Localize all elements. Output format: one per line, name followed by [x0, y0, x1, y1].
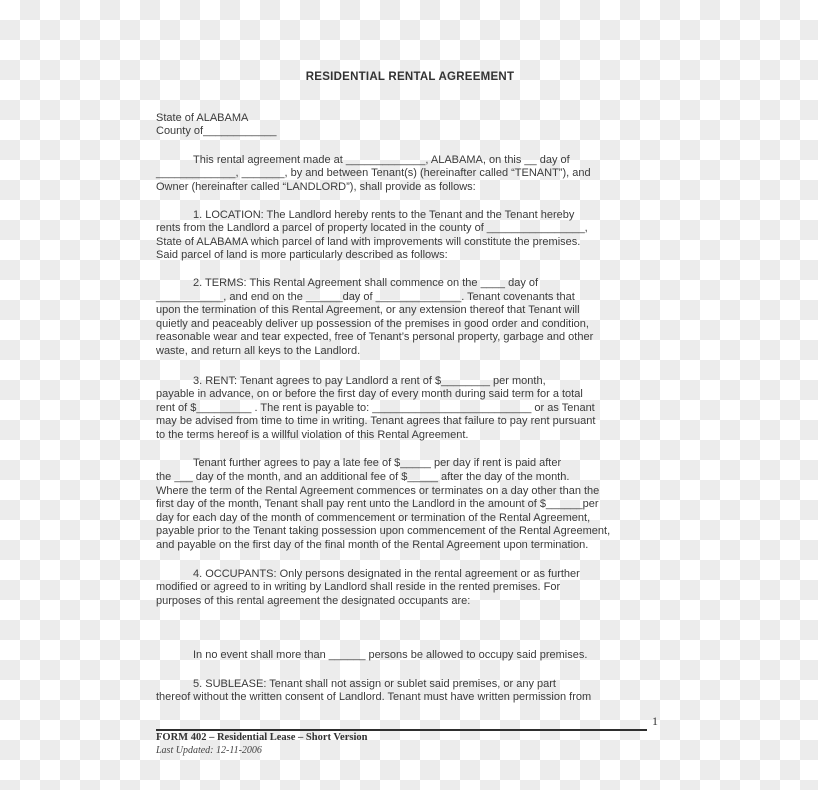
paragraph-intro: This rental agreement made at __________…	[156, 154, 664, 195]
paragraph-occupancy-limit: In no event shall more than ______ perso…	[156, 649, 664, 663]
footer-rule	[156, 729, 647, 731]
paragraph-occupants: 4. OCCUPANTS: Only persons designated in…	[156, 568, 664, 609]
footer-form-line: FORM 402 – Residential Lease – Short Ver…	[156, 732, 367, 744]
paragraph-sublease: 5. SUBLEASE: Tenant shall not assign or …	[156, 678, 664, 705]
paragraph-terms: 2. TERMS: This Rental Agreement shall co…	[156, 277, 664, 359]
paragraph-late-fee: Tenant further agrees to pay a late fee …	[156, 457, 664, 552]
state-county-block: State of ALABAMA County of____________	[156, 112, 664, 139]
paragraph-location: 1. LOCATION: The Landlord hereby rents t…	[156, 209, 664, 263]
paragraph-rent: 3. RENT: Tenant agrees to pay Landlord a…	[156, 375, 664, 443]
footer-updated-line: Last Updated: 12-11-2006	[156, 745, 262, 756]
page-title: RESIDENTIAL RENTAL AGREEMENT	[156, 71, 664, 85]
page-content: RESIDENTIAL RENTAL AGREEMENT State of AL…	[156, 0, 664, 705]
document-page: { "document": { "title": "RESIDENTIAL RE…	[0, 0, 818, 790]
page-number: 1	[652, 714, 658, 729]
